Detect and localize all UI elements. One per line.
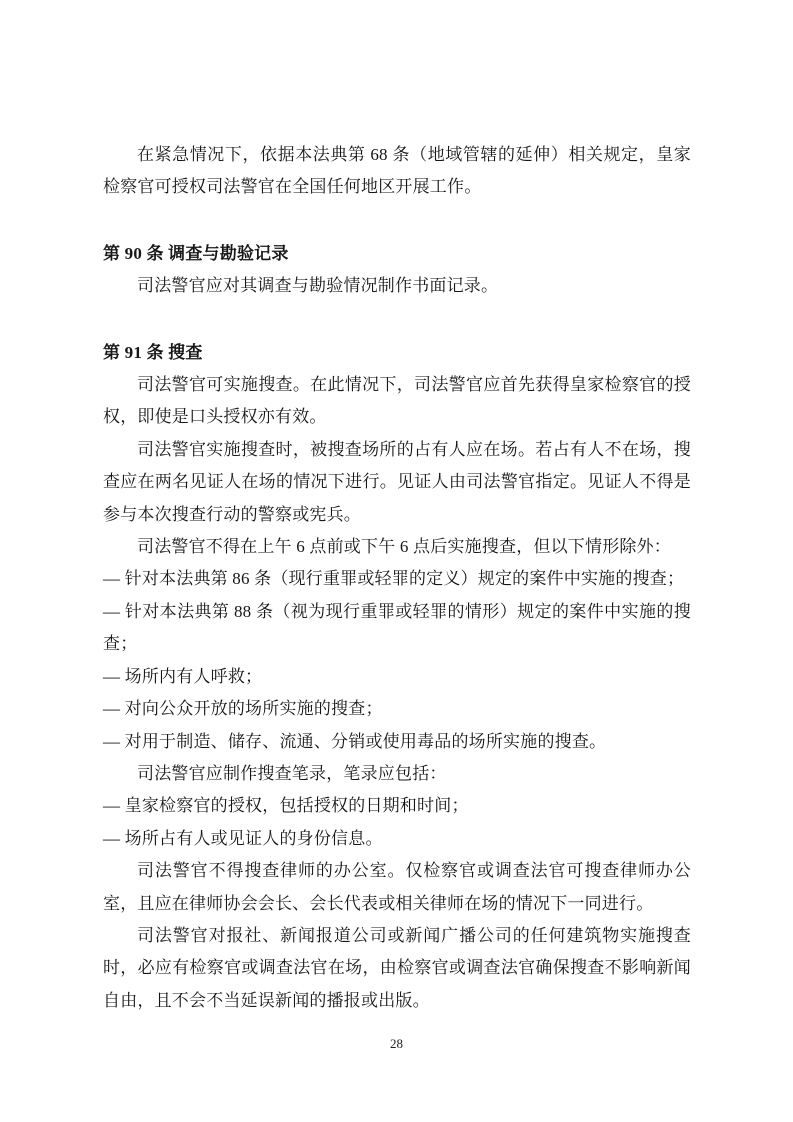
document-body: 在紧急情况下，依据本法典第 68 条（地域管辖的延伸）相关规定，皇家检察官可授权… <box>103 139 691 1017</box>
list-item-identity-info: — 场所占有人或见证人的身份信息。 <box>103 823 691 855</box>
article-91-paragraph-record: 司法警官应制作搜查笔录，笔录应包括： <box>103 758 691 790</box>
list-item-authorization-date: — 皇家检察官的授权，包括授权的日期和时间； <box>103 790 691 822</box>
article-91-heading: 第 91 条 搜查 <box>103 337 691 369</box>
list-item-article-88: — 针对本法典第 88 条（视为现行重罪或轻罪的情形）规定的案件中实施的搜查； <box>103 596 691 661</box>
article-91-paragraph-lawyer-office: 司法警官不得搜查律师的办公室。仅检察官或调查法官可搜查律师办公室，且应在律师协会… <box>103 855 691 920</box>
paragraph-article-89-tail: 在紧急情况下，依据本法典第 68 条（地域管辖的延伸）相关规定，皇家检察官可授权… <box>103 139 691 204</box>
page-number: 28 <box>0 1036 793 1052</box>
article-91-paragraph-authorization: 司法警官可实施搜查。在此情况下，司法警官应首先获得皇家检察官的授权，即使是口头授… <box>103 369 691 434</box>
article-91-paragraph-time-limit: 司法警官不得在上午 6 点前或下午 6 点后实施搜查，但以下情形除外： <box>103 531 691 563</box>
list-item-article-86: — 针对本法典第 86 条（现行重罪或轻罪的定义）规定的案件中实施的搜查； <box>103 563 691 595</box>
article-90-heading: 第 90 条 调查与勘验记录 <box>103 238 691 270</box>
list-item-drug-places: — 对用于制造、储存、流通、分销或使用毒品的场所实施的搜查。 <box>103 726 691 758</box>
article-91-paragraph-witnesses: 司法警官实施搜查时，被搜查场所的占有人应在场。若占有人不在场，搜查应在两名见证人… <box>103 434 691 531</box>
list-item-calls-for-help: — 场所内有人呼救； <box>103 661 691 693</box>
article-91-paragraph-press: 司法警官对报社、新闻报道公司或新闻广播公司的任何建筑物实施搜查时，必应有检察官或… <box>103 920 691 1017</box>
list-item-public-places: — 对向公众开放的场所实施的搜查； <box>103 693 691 725</box>
article-90-body: 司法警官应对其调查与勘验情况制作书面记录。 <box>103 270 691 302</box>
document-page: 在紧急情况下，依据本法典第 68 条（地域管辖的延伸）相关规定，皇家检察官可授权… <box>0 0 793 1122</box>
